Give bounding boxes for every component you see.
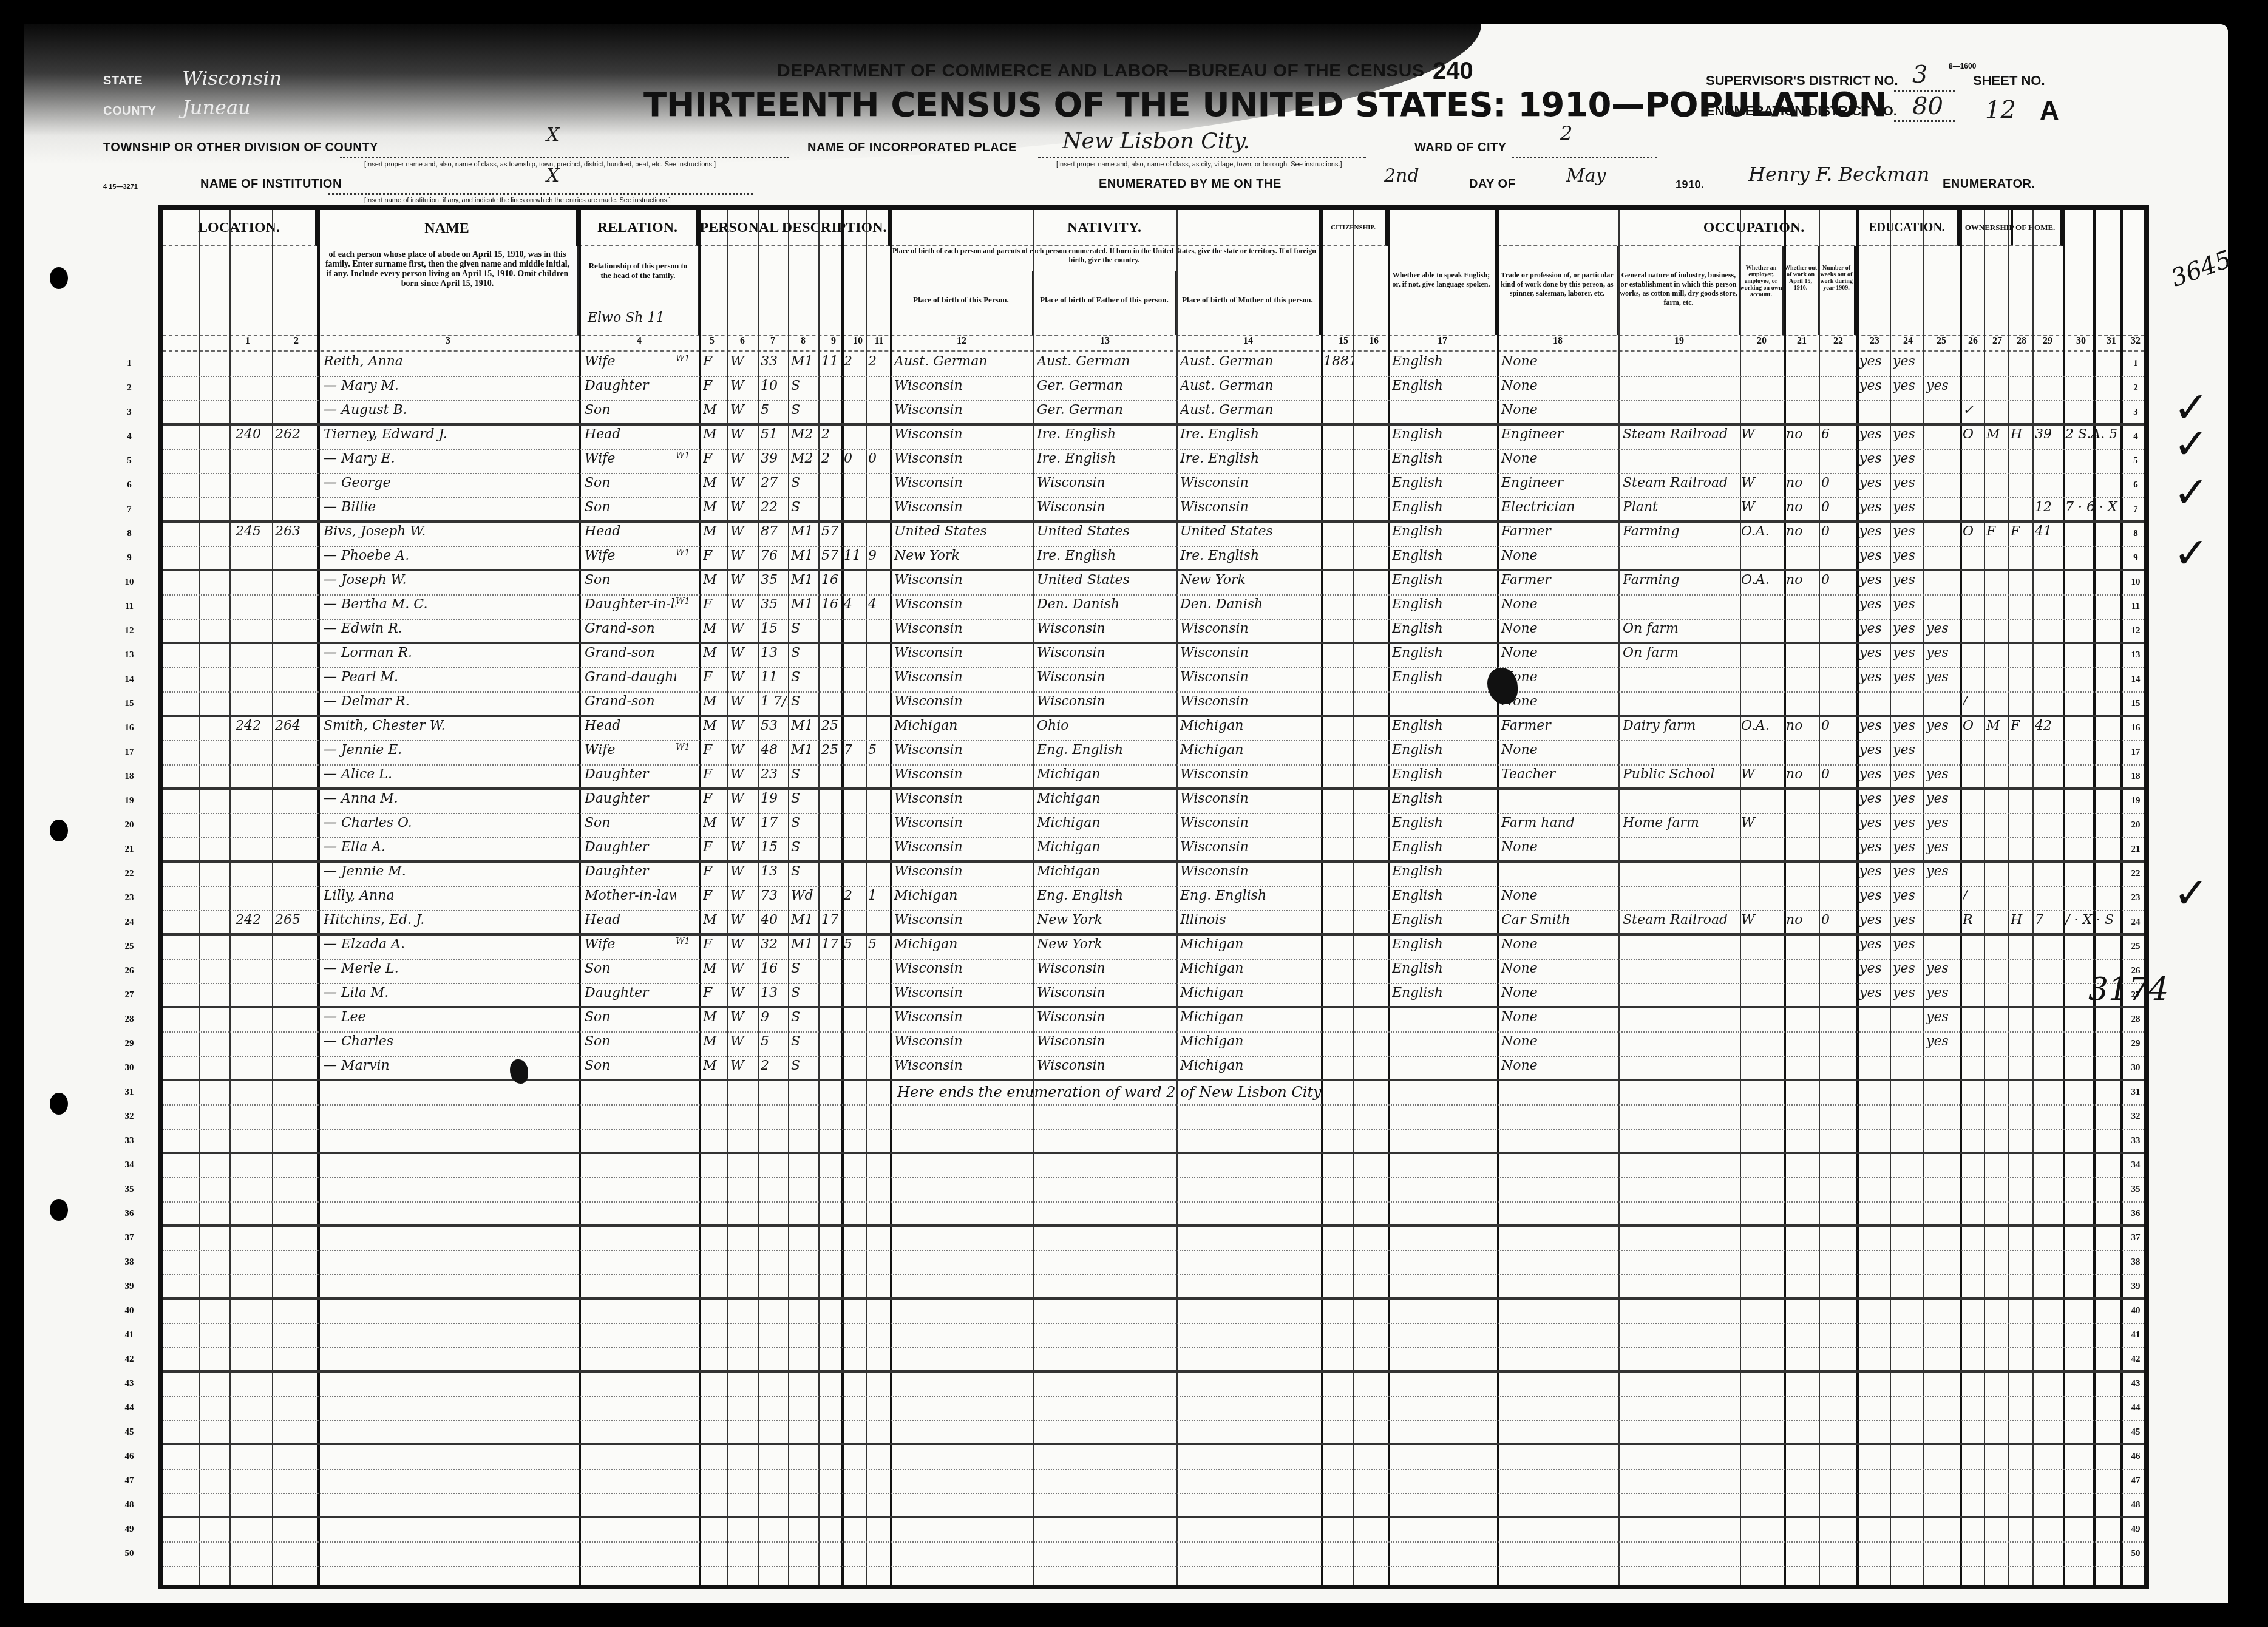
father-birthplace: Wisconsin [1037, 645, 1175, 667]
checkmark-icon: ✓ [2173, 868, 2209, 918]
marital-status: M1 [791, 572, 818, 594]
industry: Public School [1623, 767, 1738, 789]
out-of-work: no [1786, 912, 1818, 934]
father-birthplace: New York [1037, 937, 1175, 959]
marital-status: S [791, 985, 818, 1007]
trade: Engineer [1501, 427, 1617, 449]
children-living: 5 [868, 742, 890, 764]
can-write: yes [1893, 548, 1923, 570]
sex: M [703, 524, 727, 546]
birthplace: Wisconsin [894, 767, 1033, 789]
industry: Dairy farm [1623, 718, 1738, 740]
line-number: 34 [120, 1160, 138, 1170]
age: 35 [761, 597, 788, 619]
can-write: yes [1893, 961, 1923, 983]
race: W [730, 597, 755, 619]
can-write: yes [1893, 621, 1923, 643]
trade: None [1501, 621, 1617, 643]
census-table: LOCATION. NAME RELATION. PERSONAL DESCRI… [158, 205, 2149, 1589]
line-number: 35 [120, 1184, 138, 1195]
attended-school: yes [1926, 645, 1958, 667]
years-married: 57 [821, 548, 843, 570]
line-number: 33 [2127, 1136, 2145, 1146]
can-write: yes [1893, 742, 1923, 764]
relation: Daughter [585, 378, 676, 400]
farm-schedule: 7 [2035, 912, 2063, 934]
relation: Head [585, 427, 676, 449]
line-number: 44 [120, 1403, 138, 1413]
can-write: yes [1893, 718, 1923, 740]
line-number: 21 [2127, 844, 2145, 855]
table-row: 3939 [163, 1275, 2144, 1300]
father-birthplace: Michigan [1037, 864, 1175, 886]
colnum-8: 8 [791, 336, 815, 347]
trade: None [1501, 670, 1617, 691]
table-row: 2525— Elzada A.WifeW1FW32M11755MichiganN… [163, 936, 2144, 960]
enum-district-label: ENUMERATION DISTRICT NO. [1706, 103, 1897, 119]
trade: None [1501, 378, 1617, 400]
line-number: 30 [2127, 1063, 2145, 1073]
relation-header-note: Elwo Sh 11 [588, 310, 664, 325]
mother-birthplace: Ire. English [1180, 451, 1320, 473]
trade: None [1501, 888, 1617, 910]
ward-value: 2 [1560, 121, 1572, 144]
years-married: 17 [821, 937, 843, 959]
can-read: yes [1859, 937, 1890, 959]
sex: F [703, 354, 727, 376]
can-write: yes [1893, 888, 1923, 910]
institution-hint: [Insert name of institution, if any, and… [364, 197, 671, 204]
relation: Daughter [585, 985, 676, 1007]
table-row: 3434 [163, 1154, 2144, 1178]
industry: On farm [1623, 621, 1738, 643]
father-birthplace: Michigan [1037, 840, 1175, 861]
can-read: yes [1859, 767, 1890, 789]
industry: Farming [1623, 524, 1738, 546]
can-write: yes [1893, 791, 1923, 813]
industry: On farm [1623, 645, 1738, 667]
county-value: Juneau [182, 96, 251, 119]
race: W [730, 864, 755, 886]
mother-birthplace: Wisconsin [1180, 694, 1320, 716]
person-name: Smith, Chester W. [324, 718, 579, 740]
children-living: 4 [868, 597, 890, 619]
sex: M [703, 815, 727, 837]
relation: Son [585, 475, 676, 497]
checkmark-icon: ✓ [2173, 467, 2209, 517]
line-number: 42 [2127, 1354, 2145, 1365]
table-row: 2626— Merle L.SonMW16SWisconsinWisconsin… [163, 960, 2144, 984]
colnum-32: 32 [2124, 336, 2148, 347]
form-code: 8—1600 [1949, 62, 1976, 70]
line-number: 4 [120, 432, 138, 442]
person-name: — Charles O. [324, 815, 579, 837]
institution-value: X [546, 165, 559, 186]
table-row: 2323Lilly, AnnaMother-in-lawFW73Wd21Mich… [163, 887, 2144, 911]
table-row: 1111— Bertha M. C.Daughter-in-lawW1FW35M… [163, 596, 2144, 620]
colnum-2: 2 [284, 336, 308, 347]
marital-status: S [791, 791, 818, 813]
birthplace: Wisconsin [894, 597, 1033, 619]
language: English [1392, 451, 1495, 473]
relation: Grand-son [585, 621, 676, 643]
line-number: 26 [120, 966, 138, 976]
can-write: yes [1893, 864, 1923, 886]
trade: None [1501, 548, 1617, 570]
trade: None [1501, 985, 1617, 1007]
line-number: 9 [120, 553, 138, 563]
enumerated-month: May [1566, 165, 1606, 186]
mother-birthplace: Den. Danish [1180, 597, 1320, 619]
colnum-1: 1 [236, 336, 260, 347]
line-number: 47 [2127, 1476, 2145, 1486]
marital-status: S [791, 694, 818, 716]
out-of-work: no [1786, 524, 1818, 546]
sex: F [703, 548, 727, 570]
colnum-4: 4 [627, 336, 651, 347]
language: English [1392, 864, 1495, 886]
sheet-side: A [2040, 96, 2059, 126]
table-row: 5050 [163, 1543, 2144, 1567]
race: W [730, 1058, 755, 1080]
age: 48 [761, 742, 788, 764]
language: English [1392, 961, 1495, 983]
column-number-row: 1 2 3 4 5 6 7 8 9 10 11 12 13 14 15 16 1… [163, 335, 2144, 352]
line-number: 37 [2127, 1233, 2145, 1243]
trade: Car Smith [1501, 912, 1617, 934]
can-read: yes [1859, 864, 1890, 886]
sex: M [703, 427, 727, 449]
out-of-work: no [1786, 500, 1818, 521]
birthplace: Wisconsin [894, 403, 1033, 424]
table-row: 4848 [163, 1494, 2144, 1518]
line-number: 5 [120, 456, 138, 466]
race: W [730, 912, 755, 934]
person-name: — Mary M. [324, 378, 579, 400]
father-birthplace: Ohio [1037, 718, 1175, 740]
relation: Wife [585, 742, 676, 764]
age: 51 [761, 427, 788, 449]
marital-status: S [791, 840, 818, 861]
line-number: 1 [120, 359, 138, 369]
mother-birthplace: Wisconsin [1180, 621, 1320, 643]
enumerated-day: 2nd [1384, 165, 1419, 186]
table-row: 4444 [163, 1397, 2144, 1421]
language: English [1392, 427, 1495, 449]
children-born: 2 [844, 354, 866, 376]
table-row: 1212— Edwin R.Grand-sonMW15SWisconsinWis… [163, 620, 2144, 644]
father-birthplace: Wisconsin [1037, 1058, 1175, 1080]
race: W [730, 888, 755, 910]
employment-class: W [1741, 475, 1782, 497]
line-number: 23 [2127, 893, 2145, 903]
sex: M [703, 475, 727, 497]
language: English [1392, 548, 1495, 570]
person-name: — Edwin R. [324, 621, 579, 643]
age: 39 [761, 451, 788, 473]
person-name: — Joseph W. [324, 572, 579, 594]
trade: None [1501, 694, 1617, 716]
race: W [730, 427, 755, 449]
language: English [1392, 621, 1495, 643]
age: 22 [761, 500, 788, 521]
age: 87 [761, 524, 788, 546]
marital-status: S [791, 403, 818, 424]
line-number: 27 [120, 990, 138, 1000]
years-married: 2 [821, 427, 843, 449]
employment-class: W [1741, 427, 1782, 449]
line-number: 32 [2127, 1112, 2145, 1122]
industry: Steam Railroad [1623, 912, 1738, 934]
industry: Farming [1623, 572, 1738, 594]
colnum-28: 28 [2009, 336, 2034, 347]
language: English [1392, 985, 1495, 1007]
can-write: yes [1893, 937, 1923, 959]
relation: Daughter [585, 791, 676, 813]
line-number: 28 [120, 1014, 138, 1025]
table-row: 1616242264Smith, Chester W.HeadMW53M125M… [163, 717, 2144, 741]
weeks-out-header: Number of weeks out of work during year … [1819, 246, 1856, 335]
person-name: — Jennie M. [324, 864, 579, 886]
line-number: 49 [2127, 1524, 2145, 1535]
birthplace: Michigan [894, 888, 1033, 910]
weeks-out: 0 [1821, 767, 1855, 789]
line-number: 6 [2127, 480, 2145, 491]
table-row: 2222— Jennie M.DaughterFW13SWisconsinMic… [163, 863, 2144, 887]
birthplace: Wisconsin [894, 670, 1033, 691]
table-row: 4343 [163, 1373, 2144, 1397]
enumerator-name: Henry F. Beckman [1748, 163, 1929, 186]
father-birthplace: United States [1037, 572, 1175, 594]
line-number: 22 [2127, 869, 2145, 879]
can-write: yes [1893, 767, 1923, 789]
trade: None [1501, 1034, 1617, 1056]
sex: M [703, 961, 727, 983]
mother-birthplace: United States [1180, 524, 1320, 546]
table-row: 3838 [163, 1251, 2144, 1275]
age: 17 [761, 815, 788, 837]
birth-person-header: Place of birth of this Person. [890, 271, 1033, 335]
county-label: COUNTY [103, 104, 156, 118]
out-of-work: no [1786, 718, 1818, 740]
line-number: 29 [120, 1039, 138, 1049]
relation: Grand-son [585, 645, 676, 667]
mother-birthplace: Michigan [1180, 937, 1320, 959]
incorporated-hint: [Insert proper name and, also, name of c… [1056, 161, 1342, 168]
person-name: Tierney, Edward J. [324, 427, 579, 449]
group-ownership: OWNERSHIP OF HOME. [1960, 210, 2063, 246]
line-number: 1 [2127, 359, 2145, 369]
weeks-out: 0 [1821, 475, 1855, 497]
mother-birthplace: Illinois [1180, 912, 1320, 934]
family-number: 263 [275, 524, 317, 546]
can-read: yes [1859, 718, 1890, 740]
line-number: 41 [120, 1330, 138, 1340]
punch-hole [50, 267, 68, 289]
years-married: 16 [821, 597, 843, 619]
language: English [1392, 815, 1495, 837]
colnum-6: 6 [730, 336, 755, 347]
supervisor-value: 3 [1912, 61, 1927, 89]
table-row: 22— Mary M.DaughterFW10SWisconsinGer. Ge… [163, 377, 2144, 401]
can-write: yes [1893, 572, 1923, 594]
weeks-out: 0 [1821, 572, 1855, 594]
wife-mark: W1 [676, 548, 699, 570]
colnum-13: 13 [1093, 336, 1117, 347]
age: 9 [761, 1010, 788, 1031]
mother-birthplace: Ire. English [1180, 548, 1320, 570]
age: 15 [761, 840, 788, 861]
can-write: yes [1893, 840, 1923, 861]
industry-header: General nature of industry, business, or… [1618, 246, 1740, 335]
line-number: 8 [2127, 529, 2145, 539]
marital-status: S [791, 1058, 818, 1080]
race: W [730, 475, 755, 497]
line-number: 47 [120, 1476, 138, 1486]
mother-birthplace: Wisconsin [1180, 767, 1320, 789]
person-name: Reith, Anna [324, 354, 579, 376]
sex: F [703, 864, 727, 886]
colnum-3: 3 [436, 336, 460, 347]
wife-mark: W1 [676, 451, 699, 473]
relation: Head [585, 524, 676, 546]
race: W [730, 718, 755, 740]
children-living: 5 [868, 937, 890, 959]
can-read: yes [1859, 524, 1890, 546]
line-number: 32 [120, 1112, 138, 1122]
line-number: 25 [120, 942, 138, 952]
farm-schedule: 12 [2035, 500, 2063, 521]
colnum-18: 18 [1546, 336, 1570, 347]
family-number: 264 [275, 718, 317, 740]
out-of-work: no [1786, 572, 1818, 594]
line-number: 42 [120, 1354, 138, 1365]
marital-status: S [791, 378, 818, 400]
colnum-25: 25 [1929, 336, 1954, 347]
table-row: 2828— LeeSonMW9SWisconsinWisconsinMichig… [163, 1008, 2144, 1033]
can-write: yes [1893, 985, 1923, 1007]
father-birthplace: Den. Danish [1037, 597, 1175, 619]
age: 10 [761, 378, 788, 400]
free-mortgaged: F [1986, 524, 2007, 546]
enumerated-label: ENUMERATED BY ME ON THE [1099, 177, 1282, 191]
line-number: 25 [2127, 942, 2145, 952]
owned-rented: O [1963, 524, 1983, 546]
survivor-notes: 7 · 6 · X [2065, 500, 2150, 521]
colnum-12: 12 [949, 336, 974, 347]
birthplace: Wisconsin [894, 694, 1033, 716]
dwelling-number: 242 [236, 912, 272, 934]
marital-status: M1 [791, 548, 818, 570]
birthplace: Wisconsin [894, 985, 1033, 1007]
line-number: 41 [2127, 1330, 2145, 1340]
line-number: 20 [120, 820, 138, 830]
father-birthplace: Wisconsin [1037, 961, 1175, 983]
line-number: 44 [2127, 1403, 2145, 1413]
birthplace: Wisconsin [894, 864, 1033, 886]
table-row: 3232 [163, 1106, 2144, 1130]
relation: Son [585, 815, 676, 837]
can-write: yes [1893, 670, 1923, 691]
can-write: yes [1893, 597, 1923, 619]
race: W [730, 524, 755, 546]
language: English [1392, 524, 1495, 546]
can-read: yes [1859, 451, 1890, 473]
table-row: 4040 [163, 1300, 2144, 1324]
table-row: 4545 [163, 1421, 2144, 1445]
age: 2 [761, 1058, 788, 1080]
name-column-header: of each person whose place of abode on A… [317, 246, 579, 335]
birth-mother-header: Place of birth of Mother of this person. [1176, 271, 1321, 335]
ownership-mark: ✓ [1963, 403, 1983, 424]
marital-status: S [791, 1034, 818, 1056]
birthplace: Wisconsin [894, 500, 1033, 521]
mother-birthplace: Wisconsin [1180, 645, 1320, 667]
line-number: 16 [120, 723, 138, 733]
margin-note-lower: 3174 [2088, 971, 2168, 1008]
mother-birthplace: Michigan [1180, 1034, 1320, 1056]
line-number: 13 [120, 650, 138, 661]
language: English [1392, 354, 1495, 376]
father-birthplace: New York [1037, 912, 1175, 934]
race: W [730, 961, 755, 983]
township-field-line [340, 157, 789, 158]
enum-district-field-line [1894, 120, 1955, 122]
colnum-29: 29 [2035, 336, 2060, 347]
age: 13 [761, 864, 788, 886]
relation: Wife [585, 937, 676, 959]
out-of-work: no [1786, 427, 1818, 449]
line-number: 40 [2127, 1306, 2145, 1316]
group-nativity: NATIVITY. [890, 210, 1321, 246]
birthplace: Wisconsin [894, 961, 1033, 983]
group-citizenship: CITIZENSHIP. [1321, 210, 1388, 246]
table-row: 4646 [163, 1445, 2144, 1470]
father-birthplace: Eng. English [1037, 888, 1175, 910]
can-read: yes [1859, 645, 1890, 667]
line-number: 23 [120, 893, 138, 903]
line-number: 48 [2127, 1500, 2145, 1510]
weeks-out: 0 [1821, 524, 1855, 546]
table-row: 1515— Delmar R.Grand-sonMW1 7/12SWiscons… [163, 693, 2144, 717]
employment-class: W [1741, 912, 1782, 934]
wife-mark: W1 [676, 742, 699, 764]
age: 73 [761, 888, 788, 910]
state-value: Wisconsin [182, 67, 282, 90]
father-birthplace: Ire. English [1037, 548, 1175, 570]
english-header: Whether able to speak English; or, if no… [1388, 246, 1497, 335]
line-number: 8 [120, 529, 138, 539]
table-row: 4141 [163, 1324, 2144, 1348]
immigration-year: 1881 [1323, 354, 1353, 376]
sex: M [703, 621, 727, 643]
stamp-number: 240 [1433, 58, 1473, 85]
relation: Wife [585, 451, 676, 473]
attended-school: yes [1926, 767, 1958, 789]
language: English [1392, 840, 1495, 861]
wife-mark: W1 [676, 597, 699, 619]
mother-birthplace: Michigan [1180, 742, 1320, 764]
colnum-22: 22 [1826, 336, 1850, 347]
trade: Farmer [1501, 718, 1617, 740]
marital-status: S [791, 670, 818, 691]
person-name: — Charles [324, 1034, 579, 1056]
line-number: 31 [2127, 1087, 2145, 1098]
trade: None [1501, 840, 1617, 861]
out-of-work: no [1786, 475, 1818, 497]
line-number: 35 [2127, 1184, 2145, 1195]
relation: Daughter [585, 864, 676, 886]
